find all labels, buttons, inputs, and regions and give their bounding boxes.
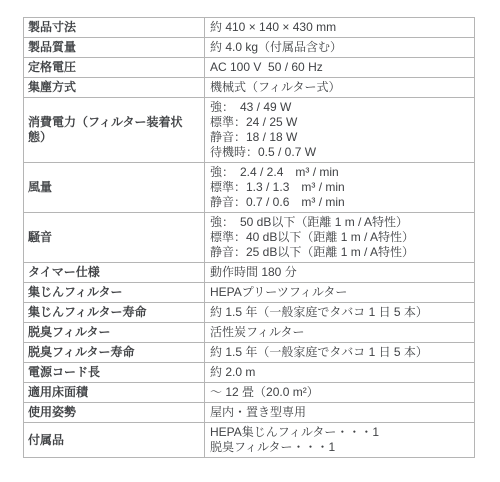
- table-row: タイマー仕様 動作時間 180 分: [24, 263, 475, 283]
- table-row: 電源コード長 約 2.0 m: [24, 363, 475, 383]
- table-row: 適用床面積 ～ 12 畳（20.0 m²）: [24, 383, 475, 403]
- table-row: 騒音 強： 50 dB以下（距離 1 m / A特性） 標準：40 dB以下（距…: [24, 213, 475, 263]
- spec-value: 強： 2.4 / 2.4 m³ / min 標準：1.3 / 1.3 m³ / …: [205, 163, 475, 213]
- spec-value: HEPAプリーツフィルター: [205, 283, 475, 303]
- spec-value: ～ 12 畳（20.0 m²）: [205, 383, 475, 403]
- spec-value: 強： 50 dB以下（距離 1 m / A特性） 標準：40 dB以下（距離 1…: [205, 213, 475, 263]
- spec-label: 集じんフィルター寿命: [24, 303, 205, 323]
- spec-value: 約 410 × 140 × 430 mm: [205, 18, 475, 38]
- spec-table-body: 製品寸法 約 410 × 140 × 430 mm 製品質量 約 4.0 kg（…: [24, 18, 475, 458]
- table-row: 定格電圧 AC 100 V 50 / 60 Hz: [24, 58, 475, 78]
- spec-value: 約 2.0 m: [205, 363, 475, 383]
- table-row: 消費電力（フィルター装着状態） 強： 43 / 49 W 標準：24 / 25 …: [24, 98, 475, 163]
- spec-value: 機械式（フィルター式）: [205, 78, 475, 98]
- table-row: 風量 強： 2.4 / 2.4 m³ / min 標準：1.3 / 1.3 m³…: [24, 163, 475, 213]
- spec-label: 脱臭フィルター: [24, 323, 205, 343]
- spec-label: 脱臭フィルター寿命: [24, 343, 205, 363]
- spec-table: 製品寸法 約 410 × 140 × 430 mm 製品質量 約 4.0 kg（…: [23, 17, 475, 458]
- spec-value: 約 1.5 年（一般家庭でタバコ 1 日 5 本）: [205, 343, 475, 363]
- table-row: 脱臭フィルター寿命 約 1.5 年（一般家庭でタバコ 1 日 5 本）: [24, 343, 475, 363]
- spec-label: 付属品: [24, 423, 205, 458]
- table-row: 付属品 HEPA集じんフィルター・・・1 脱臭フィルター・・・1: [24, 423, 475, 458]
- spec-label: 集塵方式: [24, 78, 205, 98]
- spec-label: 使用姿勢: [24, 403, 205, 423]
- spec-label: タイマー仕様: [24, 263, 205, 283]
- spec-label: 風量: [24, 163, 205, 213]
- spec-value: 屋内・置き型専用: [205, 403, 475, 423]
- spec-label: 定格電圧: [24, 58, 205, 78]
- table-row: 脱臭フィルター 活性炭フィルター: [24, 323, 475, 343]
- spec-label: 製品寸法: [24, 18, 205, 38]
- spec-value: AC 100 V 50 / 60 Hz: [205, 58, 475, 78]
- spec-value: 活性炭フィルター: [205, 323, 475, 343]
- spec-value: 約 1.5 年（一般家庭でタバコ 1 日 5 本）: [205, 303, 475, 323]
- table-row: 集じんフィルター HEPAプリーツフィルター: [24, 283, 475, 303]
- spec-label: 適用床面積: [24, 383, 205, 403]
- table-row: 製品寸法 約 410 × 140 × 430 mm: [24, 18, 475, 38]
- spec-value: 動作時間 180 分: [205, 263, 475, 283]
- spec-label: 騒音: [24, 213, 205, 263]
- spec-value: HEPA集じんフィルター・・・1 脱臭フィルター・・・1: [205, 423, 475, 458]
- product-spec-page: 製品寸法 約 410 × 140 × 430 mm 製品質量 約 4.0 kg（…: [0, 0, 500, 482]
- spec-label: 電源コード長: [24, 363, 205, 383]
- spec-value: 強： 43 / 49 W 標準：24 / 25 W 静音：18 / 18 W 待…: [205, 98, 475, 163]
- spec-label: 集じんフィルター: [24, 283, 205, 303]
- table-row: 集塵方式 機械式（フィルター式）: [24, 78, 475, 98]
- table-row: 集じんフィルター寿命 約 1.5 年（一般家庭でタバコ 1 日 5 本）: [24, 303, 475, 323]
- spec-label: 製品質量: [24, 38, 205, 58]
- spec-label: 消費電力（フィルター装着状態）: [24, 98, 205, 163]
- spec-value: 約 4.0 kg（付属品含む）: [205, 38, 475, 58]
- table-row: 使用姿勢 屋内・置き型専用: [24, 403, 475, 423]
- table-row: 製品質量 約 4.0 kg（付属品含む）: [24, 38, 475, 58]
